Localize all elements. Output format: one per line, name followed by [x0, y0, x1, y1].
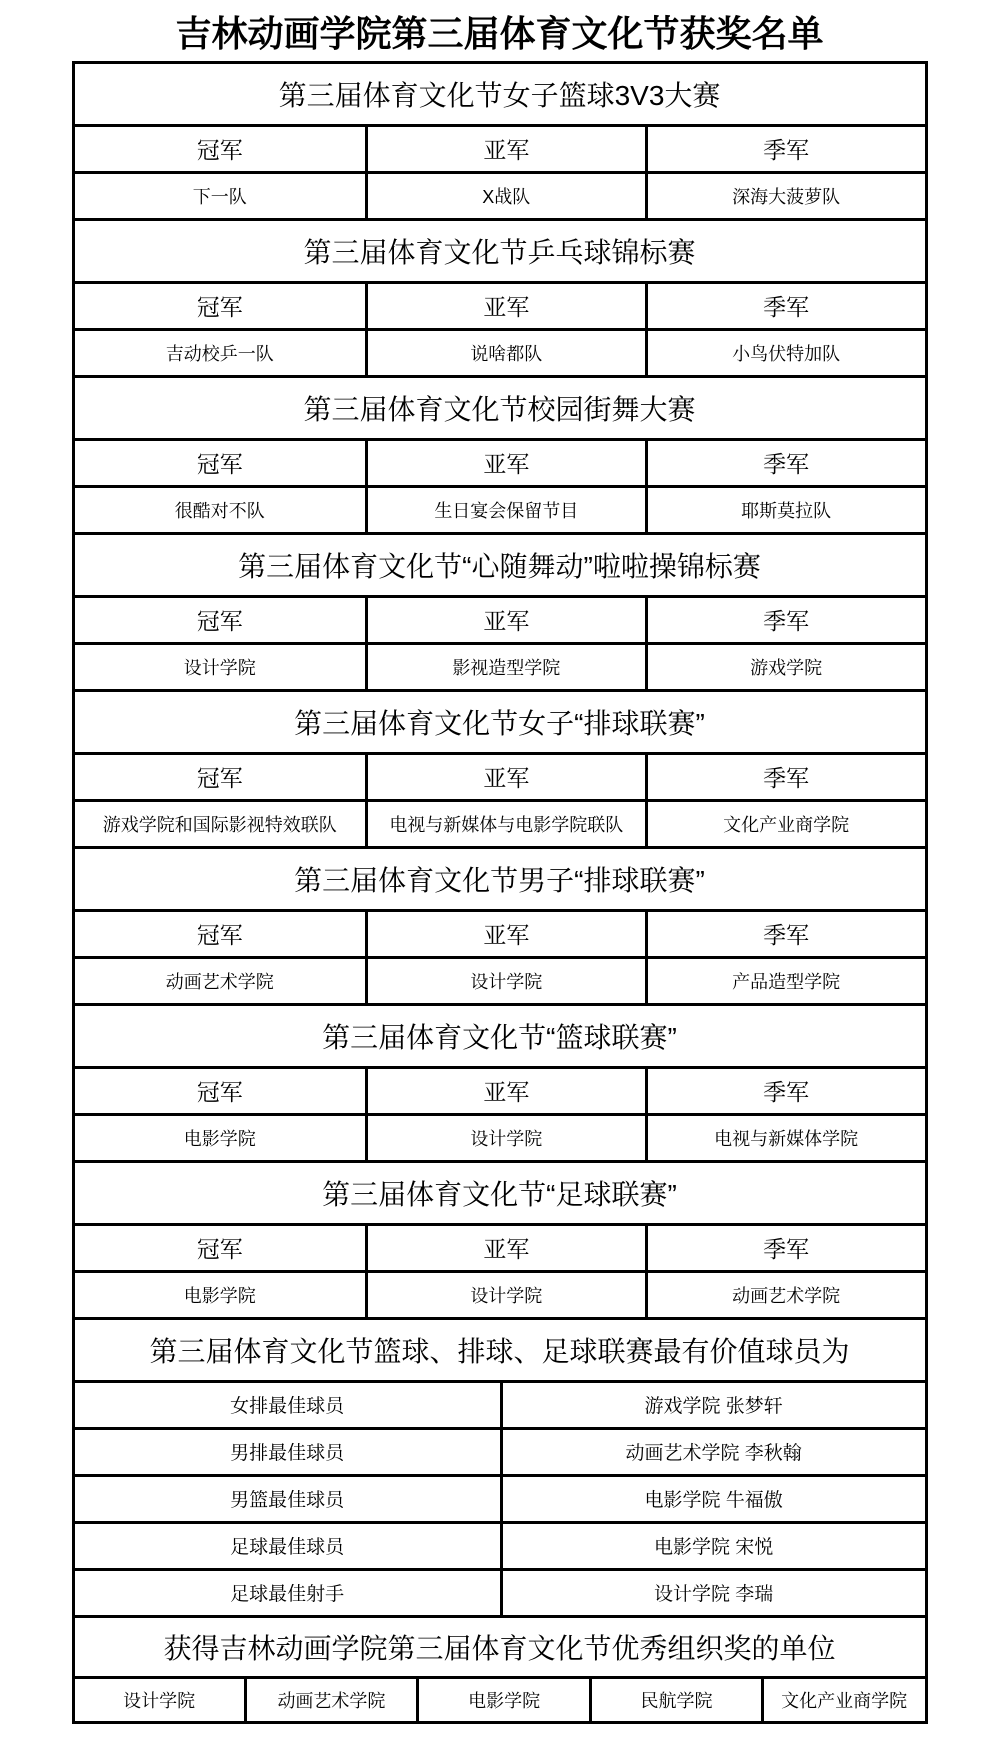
section-table-table-tennis: 第三届体育文化节乒乓球锦标赛 冠军 亚军 季军 吉动校乒一队 说啥都队 小鸟伏特… — [72, 218, 928, 378]
section-title: 第三届体育文化节乒乓球锦标赛 — [73, 219, 926, 282]
rank-header-row: 冠军 亚军 季军 — [73, 753, 926, 800]
rank-header-runner-up: 亚军 — [366, 910, 646, 957]
rank-header-champion: 冠军 — [73, 1067, 366, 1114]
section-title: 第三届体育文化节女子篮球3V3大赛 — [73, 62, 926, 125]
mvp-award-label: 足球最佳球员 — [73, 1522, 501, 1569]
organization-award-title: 获得吉林动画学院第三届体育文化节优秀组织奖的单位 — [73, 1616, 926, 1677]
winner-row: 游戏学院和国际影视特效联队 电视与新媒体与电影学院联队 文化产业商学院 — [73, 800, 926, 847]
rank-header-row: 冠军 亚军 季军 — [73, 1224, 926, 1271]
mvp-award-winner: 电影学院 牛福傲 — [501, 1475, 926, 1522]
rank-header-third-place: 季军 — [646, 282, 926, 329]
mvp-row: 男排最佳球员 动画艺术学院 李秋翰 — [73, 1428, 926, 1475]
winner-cell: 电影学院 — [73, 1271, 366, 1318]
winner-cell: 耶斯莫拉队 — [646, 486, 926, 533]
winner-cell: 游戏学院 — [646, 643, 926, 690]
winner-cell: 影视造型学院 — [366, 643, 646, 690]
section-table-womens-volleyball: 第三届体育文化节女子“排球联赛” 冠军 亚军 季军 游戏学院和国际影视特效联队 … — [72, 689, 928, 849]
section-title: 第三届体育文化节“足球联赛” — [73, 1161, 926, 1224]
winner-cell: 游戏学院和国际影视特效联队 — [73, 800, 366, 847]
rank-header-runner-up: 亚军 — [366, 1224, 646, 1271]
section-table-cheerleading: 第三届体育文化节“心随舞动”啦啦操锦标赛 冠军 亚军 季军 设计学院 影视造型学… — [72, 532, 928, 692]
organization-unit: 设计学院 — [73, 1677, 245, 1722]
mvp-table: 第三届体育文化节篮球、排球、足球联赛最有价值球员为 女排最佳球员 游戏学院 张梦… — [72, 1317, 928, 1618]
section-table-basketball-league: 第三届体育文化节“篮球联赛” 冠军 亚军 季军 电影学院 设计学院 电视与新媒体… — [72, 1003, 928, 1163]
mvp-award-label: 男排最佳球员 — [73, 1428, 501, 1475]
winner-row: 电影学院 设计学院 电视与新媒体学院 — [73, 1114, 926, 1161]
rank-header-runner-up: 亚军 — [366, 439, 646, 486]
winner-cell: 动画艺术学院 — [73, 957, 366, 1004]
winner-row: 很酷对不队 生日宴会保留节目 耶斯莫拉队 — [73, 486, 926, 533]
section-table-street-dance: 第三届体育文化节校园街舞大赛 冠军 亚军 季军 很酷对不队 生日宴会保留节目 耶… — [72, 375, 928, 535]
rank-header-row: 冠军 亚军 季军 — [73, 1067, 926, 1114]
rank-header-row: 冠军 亚军 季军 — [73, 439, 926, 486]
rank-header-third-place: 季军 — [646, 910, 926, 957]
organization-unit: 文化产业商学院 — [762, 1677, 926, 1722]
winner-cell: 电视与新媒体学院 — [646, 1114, 926, 1161]
section-table-mens-volleyball: 第三届体育文化节男子“排球联赛” 冠军 亚军 季军 动画艺术学院 设计学院 产品… — [72, 846, 928, 1006]
organization-unit: 动画艺术学院 — [245, 1677, 417, 1722]
winner-cell: 深海大菠萝队 — [646, 172, 926, 219]
rank-header-runner-up: 亚军 — [366, 282, 646, 329]
winner-cell: 设计学院 — [366, 1271, 646, 1318]
rank-header-champion: 冠军 — [73, 125, 366, 172]
mvp-award-winner: 游戏学院 张梦轩 — [501, 1381, 926, 1428]
rank-header-third-place: 季军 — [646, 439, 926, 486]
mvp-award-winner: 动画艺术学院 李秋翰 — [501, 1428, 926, 1475]
section-title: 第三届体育文化节“心随舞动”啦啦操锦标赛 — [73, 533, 926, 596]
rank-header-runner-up: 亚军 — [366, 1067, 646, 1114]
mvp-award-label: 女排最佳球员 — [73, 1381, 501, 1428]
rank-header-row: 冠军 亚军 季军 — [73, 596, 926, 643]
mvp-row: 女排最佳球员 游戏学院 张梦轩 — [73, 1381, 926, 1428]
winner-row: 下一队 X战队 深海大菠萝队 — [73, 172, 926, 219]
section-title: 第三届体育文化节“篮球联赛” — [73, 1004, 926, 1067]
winner-cell: 下一队 — [73, 172, 366, 219]
mvp-award-label: 足球最佳射手 — [73, 1569, 501, 1616]
winner-cell: 吉动校乒一队 — [73, 329, 366, 376]
award-document-page: 吉林动画学院第三届体育文化节获奖名单 第三届体育文化节女子篮球3V3大赛 冠军 … — [0, 0, 999, 1754]
winner-cell: 产品造型学院 — [646, 957, 926, 1004]
rank-header-third-place: 季军 — [646, 753, 926, 800]
organization-unit: 电影学院 — [418, 1677, 591, 1722]
organization-award-table: 获得吉林动画学院第三届体育文化节优秀组织奖的单位 设计学院 动画艺术学院 电影学… — [72, 1615, 928, 1724]
winner-cell: 电视与新媒体与电影学院联队 — [366, 800, 646, 847]
rank-header-champion: 冠军 — [73, 282, 366, 329]
rank-header-third-place: 季军 — [646, 596, 926, 643]
rank-header-champion: 冠军 — [73, 753, 366, 800]
winner-cell: 小鸟伏特加队 — [646, 329, 926, 376]
rank-header-row: 冠军 亚军 季军 — [73, 910, 926, 957]
rank-header-runner-up: 亚军 — [366, 753, 646, 800]
mvp-award-winner: 电影学院 宋悦 — [501, 1522, 926, 1569]
rank-header-row: 冠军 亚军 季军 — [73, 125, 926, 172]
mvp-row: 男篮最佳球员 电影学院 牛福傲 — [73, 1475, 926, 1522]
winner-row: 吉动校乒一队 说啥都队 小鸟伏特加队 — [73, 329, 926, 376]
organization-unit: 民航学院 — [591, 1677, 762, 1722]
winner-row: 电影学院 设计学院 动画艺术学院 — [73, 1271, 926, 1318]
award-tables-container: 第三届体育文化节女子篮球3V3大赛 冠军 亚军 季军 下一队 X战队 深海大菠萝… — [72, 61, 928, 1724]
winner-cell: 设计学院 — [366, 1114, 646, 1161]
winner-cell: 很酷对不队 — [73, 486, 366, 533]
rank-header-champion: 冠军 — [73, 439, 366, 486]
rank-header-champion: 冠军 — [73, 596, 366, 643]
section-table-basketball-3v3: 第三届体育文化节女子篮球3V3大赛 冠军 亚军 季军 下一队 X战队 深海大菠萝… — [72, 61, 928, 221]
winner-cell: X战队 — [366, 172, 646, 219]
section-title: 第三届体育文化节男子“排球联赛” — [73, 847, 926, 910]
winner-cell: 说啥都队 — [366, 329, 646, 376]
mvp-section-title: 第三届体育文化节篮球、排球、足球联赛最有价值球员为 — [73, 1318, 926, 1381]
winner-row: 设计学院 影视造型学院 游戏学院 — [73, 643, 926, 690]
winner-cell: 文化产业商学院 — [646, 800, 926, 847]
rank-header-runner-up: 亚军 — [366, 125, 646, 172]
mvp-row: 足球最佳射手 设计学院 李瑞 — [73, 1569, 926, 1616]
mvp-award-winner: 设计学院 李瑞 — [501, 1569, 926, 1616]
organization-award-units-row: 设计学院 动画艺术学院 电影学院 民航学院 文化产业商学院 — [73, 1677, 926, 1722]
rank-header-third-place: 季军 — [646, 125, 926, 172]
rank-header-third-place: 季军 — [646, 1224, 926, 1271]
page-title: 吉林动画学院第三届体育文化节获奖名单 — [0, 14, 999, 54]
winner-cell: 设计学院 — [366, 957, 646, 1004]
section-title: 第三届体育文化节女子“排球联赛” — [73, 690, 926, 753]
winner-row: 动画艺术学院 设计学院 产品造型学院 — [73, 957, 926, 1004]
rank-header-third-place: 季军 — [646, 1067, 926, 1114]
rank-header-champion: 冠军 — [73, 910, 366, 957]
mvp-award-label: 男篮最佳球员 — [73, 1475, 501, 1522]
winner-cell: 动画艺术学院 — [646, 1271, 926, 1318]
rank-header-champion: 冠军 — [73, 1224, 366, 1271]
section-title: 第三届体育文化节校园街舞大赛 — [73, 376, 926, 439]
winner-cell: 电影学院 — [73, 1114, 366, 1161]
section-table-football-league: 第三届体育文化节“足球联赛” 冠军 亚军 季军 电影学院 设计学院 动画艺术学院 — [72, 1160, 928, 1320]
rank-header-row: 冠军 亚军 季军 — [73, 282, 926, 329]
winner-cell: 生日宴会保留节目 — [366, 486, 646, 533]
rank-header-runner-up: 亚军 — [366, 596, 646, 643]
mvp-row: 足球最佳球员 电影学院 宋悦 — [73, 1522, 926, 1569]
winner-cell: 设计学院 — [73, 643, 366, 690]
